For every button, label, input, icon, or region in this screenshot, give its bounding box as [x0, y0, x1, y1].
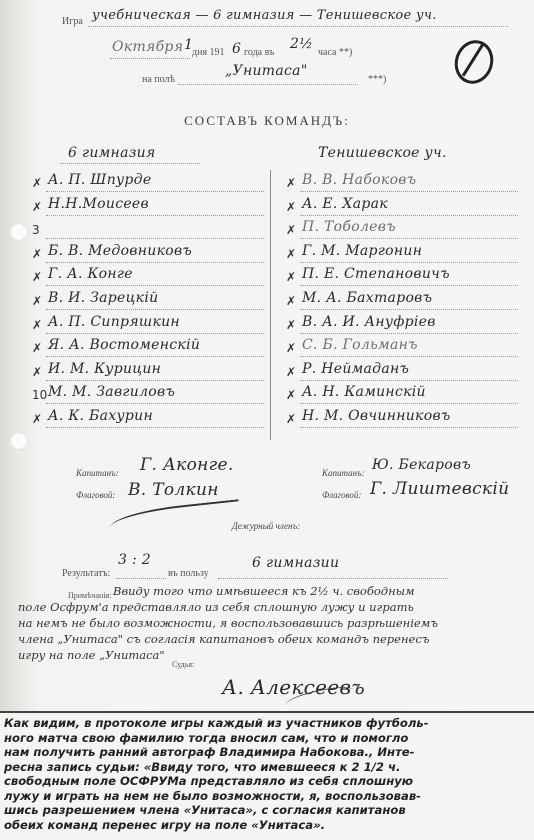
- player-check-mark: ✗: [286, 365, 296, 379]
- flag-left-signature: В. Толкин: [128, 480, 219, 500]
- player-line: [46, 191, 264, 192]
- player-check-mark: ✗: [286, 341, 296, 355]
- player-line: [300, 238, 518, 239]
- player-line: [300, 356, 518, 357]
- player-line: [300, 380, 518, 381]
- player-name: А. П. Сипряшкин: [48, 314, 180, 330]
- duty-member-label: Дежурный членъ:: [232, 521, 300, 531]
- player-name: Р. Неймаданъ: [302, 361, 409, 377]
- player-row: ✗А. П. Сипряшкин: [32, 314, 264, 338]
- captain-left-signature: Г. Аконге.: [140, 455, 234, 475]
- field-suffix: ***): [368, 74, 386, 85]
- player-check-mark: ✗: [32, 176, 42, 190]
- player-check-mark: ✗: [286, 223, 296, 237]
- player-row: ✗Г. А. Конге: [32, 266, 264, 290]
- player-row: ✗Н. М. Овчинниковъ: [286, 408, 518, 432]
- date-label-day: дня 191: [192, 47, 225, 58]
- player-line: [300, 309, 518, 310]
- result-label: Результатъ:: [62, 568, 110, 579]
- player-name: М. А. Бахтаровъ: [302, 290, 432, 306]
- captain-left-label: Капитанъ:: [76, 468, 119, 478]
- date-label-year: года въ: [244, 47, 274, 58]
- player-name: С. Б. Гольманъ: [302, 337, 418, 353]
- player-line: [46, 309, 264, 310]
- time-label: часа **): [318, 47, 352, 58]
- referee-note: Ввиду того что имѣвшееся къ 2½ ч. свобод…: [18, 583, 518, 663]
- caption-line: Как видим, в протоколе игры каждый из уч…: [4, 716, 530, 731]
- player-row: ✗П. Е. Степановичъ: [286, 266, 518, 290]
- player-check-mark: ✗: [32, 294, 42, 308]
- player-check-mark: ✗: [286, 270, 296, 284]
- player-line: [46, 215, 264, 216]
- player-line: [300, 333, 518, 334]
- team-right-name: Тенишевское уч.: [318, 145, 447, 161]
- roster-title: СОСТАВЪ КОМАНДЪ:: [0, 113, 534, 129]
- player-check-mark: ✗: [286, 412, 296, 426]
- article-caption: Как видим, в протоколе игры каждый из уч…: [4, 716, 530, 832]
- team-left-name: 6 гимназия: [68, 145, 156, 161]
- player-row: ✗Р. Неймаданъ: [286, 361, 518, 385]
- result-line: [116, 578, 166, 579]
- field-value: „Унитаса": [225, 63, 308, 79]
- punch-hole: [10, 432, 28, 450]
- note-line: члена „Унитаса" съ согласія капитановъ о…: [18, 631, 518, 647]
- player-line: [46, 238, 264, 239]
- circled-zero-mark: [449, 35, 499, 89]
- player-line: [46, 427, 264, 428]
- captain-right-signature: Ю. Бекаровъ: [372, 457, 471, 473]
- player-row: ✗В. И. Зарецкій: [32, 290, 264, 314]
- player-line: [46, 380, 264, 381]
- player-check-mark: ✗: [32, 412, 42, 426]
- player-row: 10М. М. Завгиловъ: [32, 384, 264, 408]
- player-line: [300, 427, 518, 428]
- player-row: ✗А. Н. Каминскій: [286, 384, 518, 408]
- caption-rule: [0, 711, 534, 713]
- caption-line: ресна запись судьи: «Ввиду того, что име…: [4, 760, 530, 775]
- player-name: Н.Н.Моисеев: [48, 196, 149, 212]
- player-row: ✗Я. А. Востоменскій: [32, 337, 264, 361]
- player-name: В. И. Зарецкій: [48, 290, 158, 306]
- player-row: ✗А. К. Бахурин: [32, 408, 264, 432]
- player-name: И. М. Курицин: [48, 361, 161, 377]
- flag-left-label: Флагoвой:: [76, 490, 115, 500]
- note-line: Ввиду того что имѣвшееся къ 2½ ч. свобод…: [18, 583, 518, 599]
- player-check-mark: ✗: [32, 270, 42, 284]
- time-value: 2½: [290, 36, 313, 52]
- caption-line: свободным поле ОСФРУМа представляло из с…: [4, 774, 530, 789]
- player-check-mark: ✗: [32, 365, 42, 379]
- player-line: [300, 191, 518, 192]
- player-name: А. Н. Каминскій: [302, 384, 426, 400]
- player-row: ✗Н.Н.Моисеев: [32, 196, 264, 220]
- note-line: поле Осфрум'а представляло из себя сплош…: [18, 599, 518, 615]
- caption-line: шись разрешением члена «Унитаса», с согл…: [4, 803, 530, 818]
- flag-right-signature: Г. Лиштевскій: [370, 479, 509, 499]
- player-line: [46, 333, 264, 334]
- in-favor-line: [218, 578, 448, 579]
- player-line: [46, 403, 264, 404]
- player-name: А. П. Шпурде: [48, 172, 151, 188]
- player-check-mark: ✗: [286, 294, 296, 308]
- player-check-mark: ✗: [32, 200, 42, 214]
- player-check-mark: 3: [32, 223, 40, 237]
- date-year-digit: 6: [232, 41, 241, 57]
- caption-line: ного матча свою фамилию тогда вносил сам…: [4, 731, 530, 746]
- note-line: на немъ не было возможности, я воспользо…: [18, 615, 518, 631]
- referee-label: Судья:: [172, 660, 194, 669]
- player-name: А. Е. Харак: [302, 196, 388, 212]
- player-name: Б. В. Медовниковъ: [48, 243, 192, 259]
- team-left-line: [60, 163, 200, 164]
- caption-line: обеих команд перенес игру на поле «Унита…: [4, 818, 530, 833]
- in-favor-label: въ пользу: [168, 568, 209, 579]
- captain-right-label: Капитанъ:: [322, 468, 365, 478]
- player-check-mark: ✗: [32, 318, 42, 332]
- player-check-mark: ✗: [286, 318, 296, 332]
- player-check-mark: ✗: [32, 341, 42, 355]
- date-line: [110, 58, 190, 59]
- player-row: ✗А. Е. Харак: [286, 196, 518, 220]
- scanned-match-protocol: Игра учебническая — 6 гимназия — Тенишев…: [0, 0, 534, 712]
- player-row: ✗С. Б. Гольманъ: [286, 337, 518, 361]
- player-row: ✗А. П. Шпурде: [32, 172, 264, 196]
- field-label: на полѣ: [142, 74, 175, 85]
- player-row: ✗П. Тоболевъ: [286, 219, 518, 243]
- player-name: Г. А. Конге: [48, 266, 133, 282]
- player-line: [46, 356, 264, 357]
- player-line: [300, 262, 518, 263]
- game-label: Игра: [62, 16, 83, 27]
- player-check-mark: ✗: [286, 247, 296, 261]
- game-line: [88, 26, 508, 27]
- player-row: ✗Б. В. Медовниковъ: [32, 243, 264, 267]
- player-row: 3: [32, 219, 264, 243]
- player-line: [300, 285, 518, 286]
- player-check-mark: 10: [32, 388, 47, 402]
- player-check-mark: ✗: [286, 176, 296, 190]
- note-line: игру на поле „Унитаса": [18, 647, 518, 663]
- player-line: [46, 285, 264, 286]
- player-name: А. К. Бахурин: [48, 408, 153, 424]
- date-month: Октября: [112, 39, 183, 55]
- punch-hole: [10, 223, 28, 241]
- player-check-mark: ✗: [286, 200, 296, 214]
- player-name: В. А. И. Ануфріев: [302, 314, 436, 330]
- player-name: П. Е. Степановичъ: [302, 266, 450, 282]
- player-row: ✗Г. М. Маргонин: [286, 243, 518, 267]
- flag-right-label: Флагoвой:: [322, 490, 361, 500]
- player-line: [300, 215, 518, 216]
- game-value: учебническая — 6 гимназия — Тенишевское …: [92, 8, 437, 23]
- player-name: П. Тоболевъ: [302, 219, 396, 235]
- player-row: ✗В. А. И. Ануфріев: [286, 314, 518, 338]
- player-name: Н. М. Овчинниковъ: [302, 408, 451, 424]
- player-row: ✗В. В. Набоковъ: [286, 172, 518, 196]
- player-check-mark: ✗: [286, 388, 296, 402]
- player-name: В. В. Набоковъ: [302, 172, 416, 188]
- player-name: М. М. Завгиловъ: [48, 384, 175, 400]
- caption-line: лужу и играть на нем не было возможности…: [4, 789, 530, 804]
- roster-left: ✗А. П. Шпурде✗Н.Н.Моисеев3✗Б. В. Медовни…: [32, 172, 264, 432]
- signature-flourish: [109, 499, 241, 536]
- player-row: ✗М. А. Бахтаровъ: [286, 290, 518, 314]
- result-value: 3 : 2: [118, 552, 151, 568]
- player-name: Г. М. Маргонин: [302, 243, 422, 259]
- player-row: ✗И. М. Курицин: [32, 361, 264, 385]
- player-check-mark: ✗: [32, 247, 42, 261]
- roster-right: ✗В. В. Набоковъ✗А. Е. Харак✗П. Тоболевъ✗…: [286, 172, 518, 432]
- field-line: [178, 84, 358, 85]
- in-favor-value: 6 гимназии: [252, 555, 339, 571]
- player-line: [300, 403, 518, 404]
- column-divider: [270, 170, 271, 440]
- player-name: Я. А. Востоменскій: [48, 337, 200, 353]
- player-line: [46, 262, 264, 263]
- caption-line: нам получить ранний автограф Владимира Н…: [4, 745, 530, 760]
